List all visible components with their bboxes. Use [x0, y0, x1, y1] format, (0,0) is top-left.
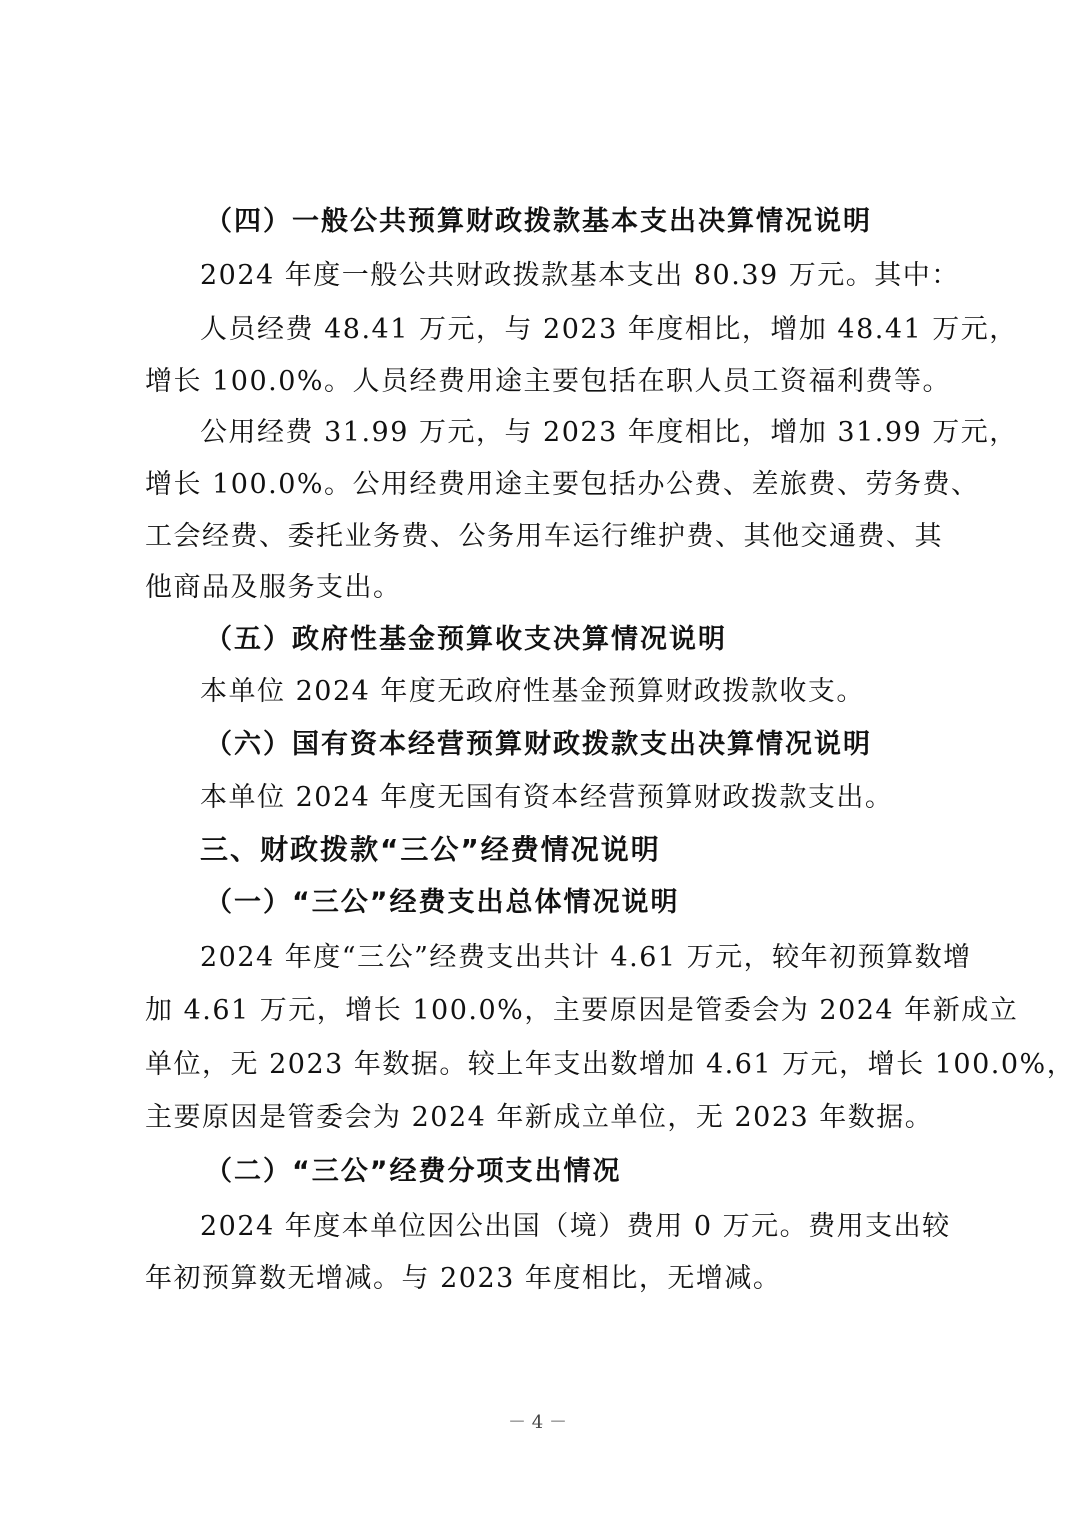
section-five-heading: （五）政府性基金预算收支决算情况说明	[205, 622, 1005, 658]
paragraph-line: 2024 年度“三公”经费支出共计 4.61 万元，较年初预算数增	[200, 940, 943, 976]
paragraph-line: 增长 100.0%。公用经费用途主要包括办公费、差旅费、劳务费、	[145, 467, 943, 503]
paragraph-line: 年初预算数无增减。与 2023 年度相比，无增减。	[145, 1261, 945, 1297]
paragraph-line: 加 4.61 万元，增长 100.0%，主要原因是管委会为 2024 年新成立	[145, 993, 943, 1029]
section-four-heading: （四）一般公共预算财政拨款基本支出决算情况说明	[205, 204, 1005, 240]
paragraph-line: 增长 100.0%。人员经费用途主要包括在职人员工资福利费等。	[145, 364, 945, 400]
sub-one-heading: （一）“三公”经费支出总体情况说明	[205, 885, 1005, 921]
paragraph-line: 2024 年度一般公共财政拨款基本支出 80.39 万元。其中：	[200, 258, 1000, 294]
paragraph-line: 2024 年度本单位因公出国（境）费用 0 万元。费用支出较	[200, 1209, 943, 1245]
paragraph-line: 本单位 2024 年度无国有资本经营预算财政拨款支出。	[200, 780, 1000, 816]
paragraph-line: 主要原因是管委会为 2024 年新成立单位，无 2023 年数据。	[145, 1100, 945, 1136]
page-number: － 4 －	[0, 1408, 1075, 1434]
sub-two-heading: （二）“三公”经费分项支出情况	[205, 1154, 1005, 1190]
paragraph-line: 公用经费 31.99 万元，与 2023 年度相比，增加 31.99 万元，	[200, 415, 943, 451]
paragraph-line: 单位，无 2023 年数据。较上年支出数增加 4.61 万元，增长 100.0%…	[145, 1047, 943, 1083]
section-six-heading: （六）国有资本经营预算财政拨款支出决算情况说明	[205, 727, 1005, 763]
paragraph-line: 工会经费、委托业务费、公务用车运行维护费、其他交通费、其	[145, 519, 943, 555]
part-three-heading: 三、财政拨款“三公”经费情况说明	[200, 832, 1000, 868]
paragraph-line: 本单位 2024 年度无政府性基金预算财政拨款收支。	[200, 674, 1000, 710]
paragraph-line: 他商品及服务支出。	[145, 570, 945, 606]
paragraph-line: 人员经费 48.41 万元，与 2023 年度相比，增加 48.41 万元，	[200, 312, 943, 348]
